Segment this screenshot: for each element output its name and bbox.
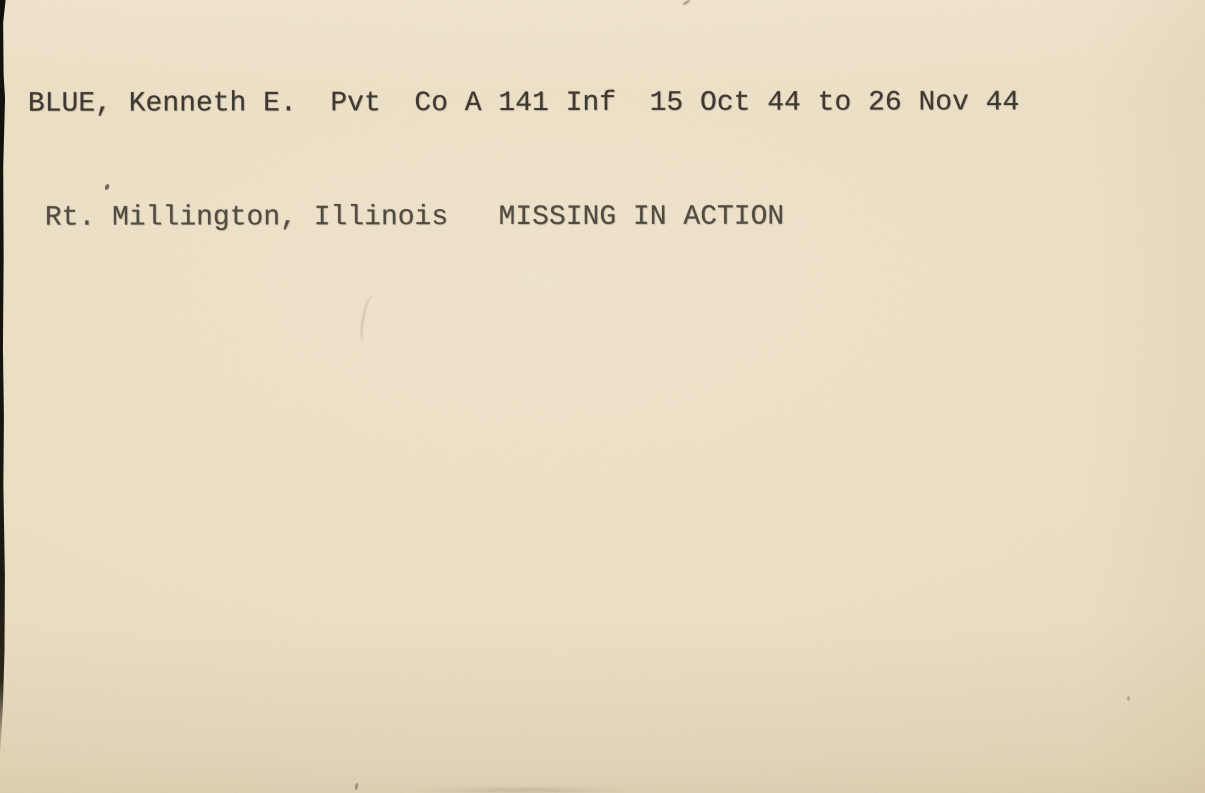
scan-bottom-smudge <box>378 784 670 793</box>
paper-fleck <box>1127 696 1130 701</box>
typed-line-name-rank-unit-dates: BLUE, Kenneth E. Pvt Co A 141 Inf 15 Oct… <box>28 84 1019 123</box>
paper-fleck <box>354 783 358 790</box>
typed-text-block: BLUE, Kenneth E. Pvt Co A 141 Inf 15 Oct… <box>28 8 1020 313</box>
typed-line-residence-status: Rt. Millington, Illinois MISSING IN ACTI… <box>28 198 1019 237</box>
index-card: BLUE, Kenneth E. Pvt Co A 141 Inf 15 Oct… <box>0 0 1205 793</box>
scan-edge-artifact <box>0 0 7 758</box>
paper-fleck <box>682 0 691 6</box>
